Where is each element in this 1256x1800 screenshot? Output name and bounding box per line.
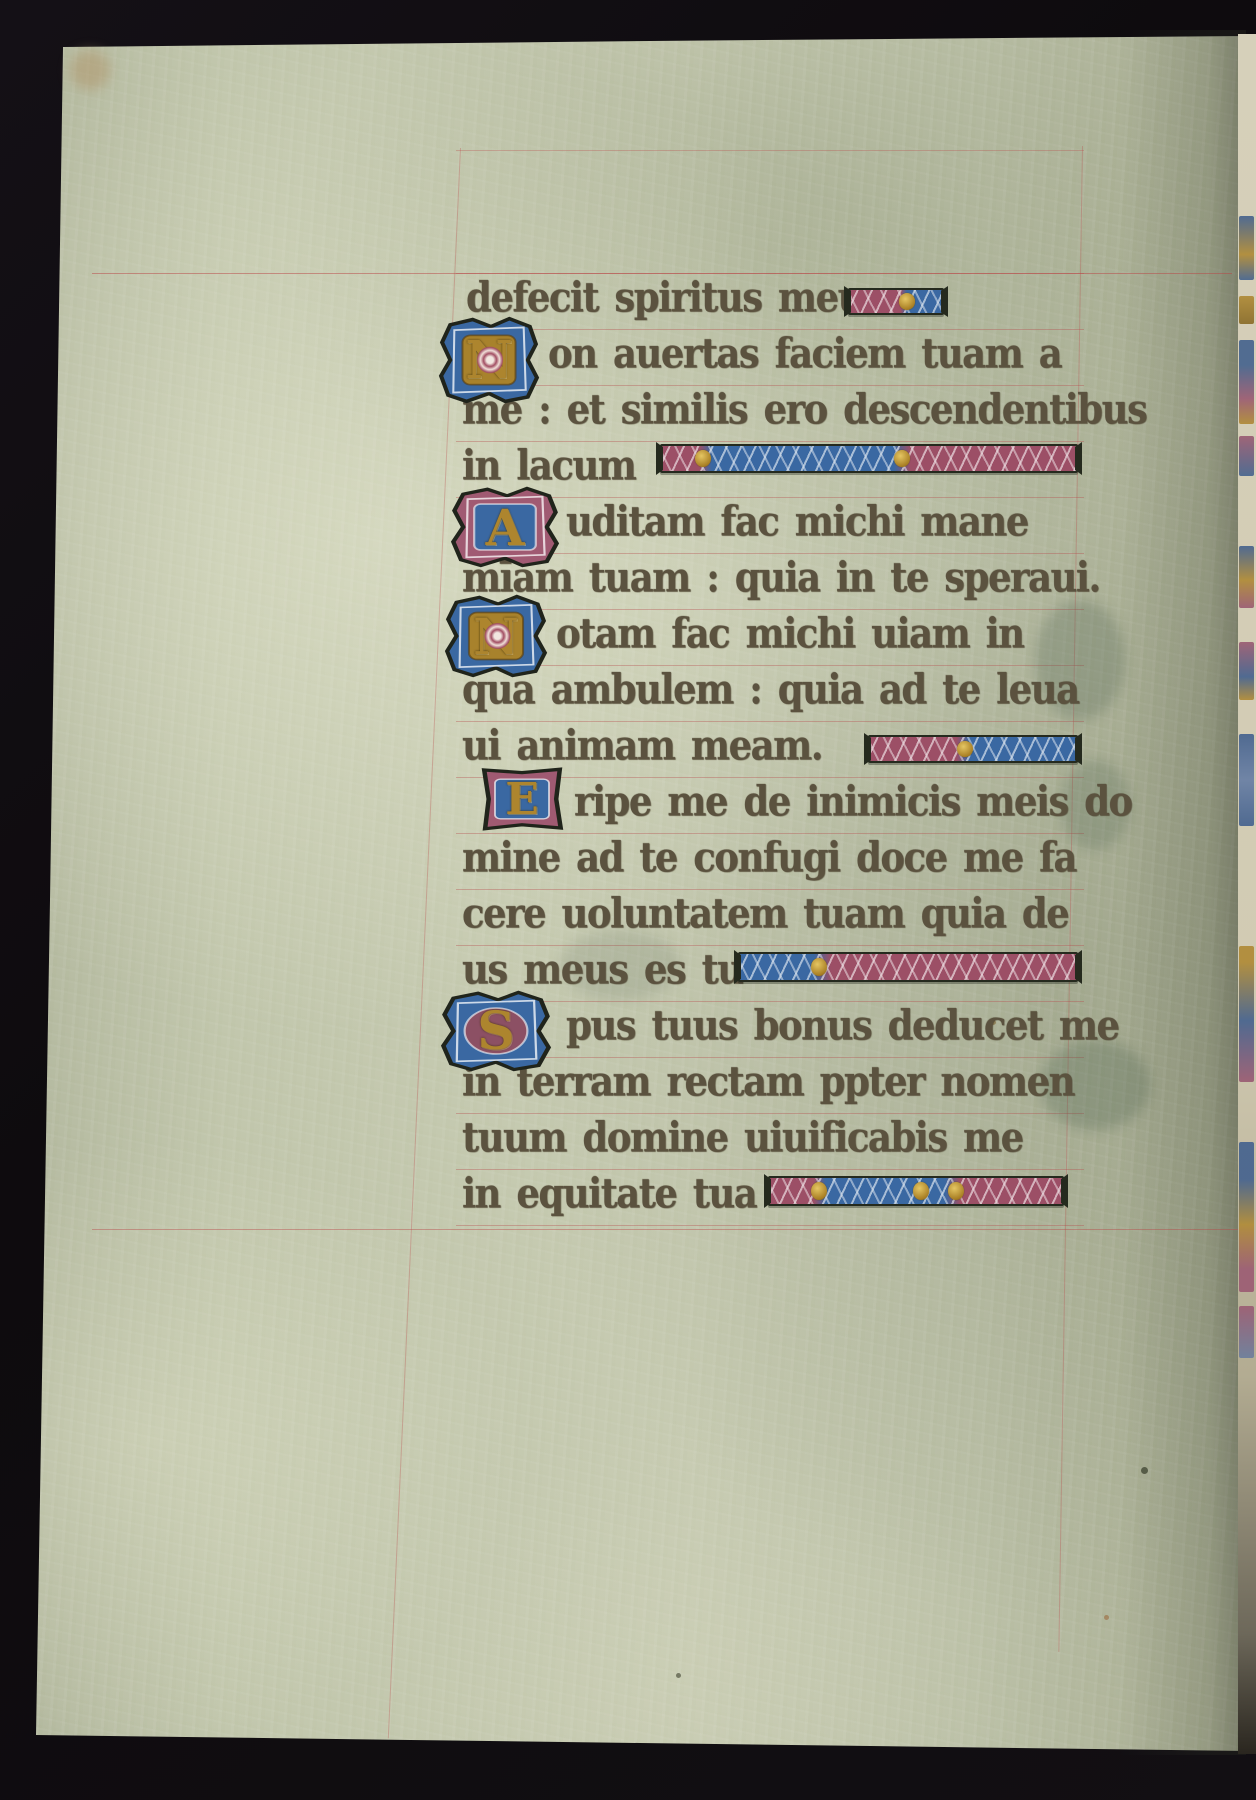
margin-rule-top bbox=[456, 150, 1084, 151]
text-line: in terram rectam ppter nomen bbox=[462, 1053, 1074, 1109]
speck bbox=[1104, 1615, 1109, 1620]
illuminated-initial-N: N bbox=[444, 594, 548, 678]
photograph-backdrop: defecit spiritus meus on auertas faciem … bbox=[0, 0, 1256, 1800]
text-line: us meus es tu bbox=[462, 941, 743, 997]
text-line: in equitate tua bbox=[462, 1165, 756, 1221]
gold-dot bbox=[811, 958, 827, 976]
illuminated-initial-E: E bbox=[477, 766, 567, 832]
gutter-shadow bbox=[1120, 30, 1246, 1755]
text-line: pus tuus bonus deducet me bbox=[566, 997, 1119, 1053]
facing-illumination-fragment bbox=[1239, 1306, 1254, 1358]
text-line: qua ambulem : quia ad te leua bbox=[462, 661, 1079, 717]
text-line: ui animam meam. bbox=[462, 717, 822, 773]
corner-stain bbox=[70, 50, 110, 90]
text-line: tuum domine uiuificabis me bbox=[462, 1109, 1023, 1165]
through-rule-bottom bbox=[92, 1229, 1238, 1230]
facing-page-edge bbox=[1238, 34, 1256, 1754]
gold-dot bbox=[811, 1182, 827, 1200]
gold-dot bbox=[899, 293, 915, 309]
speck bbox=[676, 1673, 681, 1678]
facing-illumination-fragment bbox=[1239, 436, 1254, 476]
text-line: mine ad te confugi doce me fa bbox=[462, 829, 1076, 885]
line-filler bbox=[848, 288, 944, 315]
line-filler bbox=[738, 952, 1078, 982]
text-line: ripe me de inimicis meis do bbox=[574, 773, 1132, 829]
facing-illumination-fragment bbox=[1239, 296, 1254, 324]
line-filler bbox=[868, 735, 1078, 763]
facing-illumination-fragment bbox=[1239, 216, 1254, 280]
facing-illumination-fragment bbox=[1239, 340, 1254, 424]
facing-illumination-fragment bbox=[1239, 546, 1254, 608]
gold-dot bbox=[957, 741, 973, 758]
text-line: otam fac michi uiam in bbox=[556, 605, 1024, 661]
facing-illumination-fragment bbox=[1239, 1142, 1254, 1292]
text-line: me : et similis ero descendentibus bbox=[462, 381, 1146, 437]
text-line: uditam fac michi mane bbox=[566, 493, 1028, 549]
illuminated-initial-S: S bbox=[440, 990, 552, 1072]
facing-illumination-fragment bbox=[1239, 734, 1254, 826]
facing-illumination-fragment bbox=[1239, 946, 1254, 1082]
line-filler bbox=[768, 1176, 1064, 1206]
facing-illumination-fragment bbox=[1239, 642, 1254, 700]
illuminated-initial-A: A bbox=[450, 486, 560, 568]
initial-ornament bbox=[484, 623, 511, 650]
initial-ornament bbox=[477, 346, 504, 374]
text-line: in lacum bbox=[462, 437, 635, 493]
illuminated-initial-N: N bbox=[438, 316, 540, 404]
speck bbox=[1141, 1467, 1148, 1474]
text-line: cere uoluntatem tuam quia de bbox=[462, 885, 1068, 941]
gold-dot bbox=[913, 1182, 929, 1200]
line-filler bbox=[660, 444, 1078, 473]
gold-dot bbox=[894, 450, 910, 468]
text-line: on auertas faciem tuam a bbox=[548, 325, 1061, 381]
